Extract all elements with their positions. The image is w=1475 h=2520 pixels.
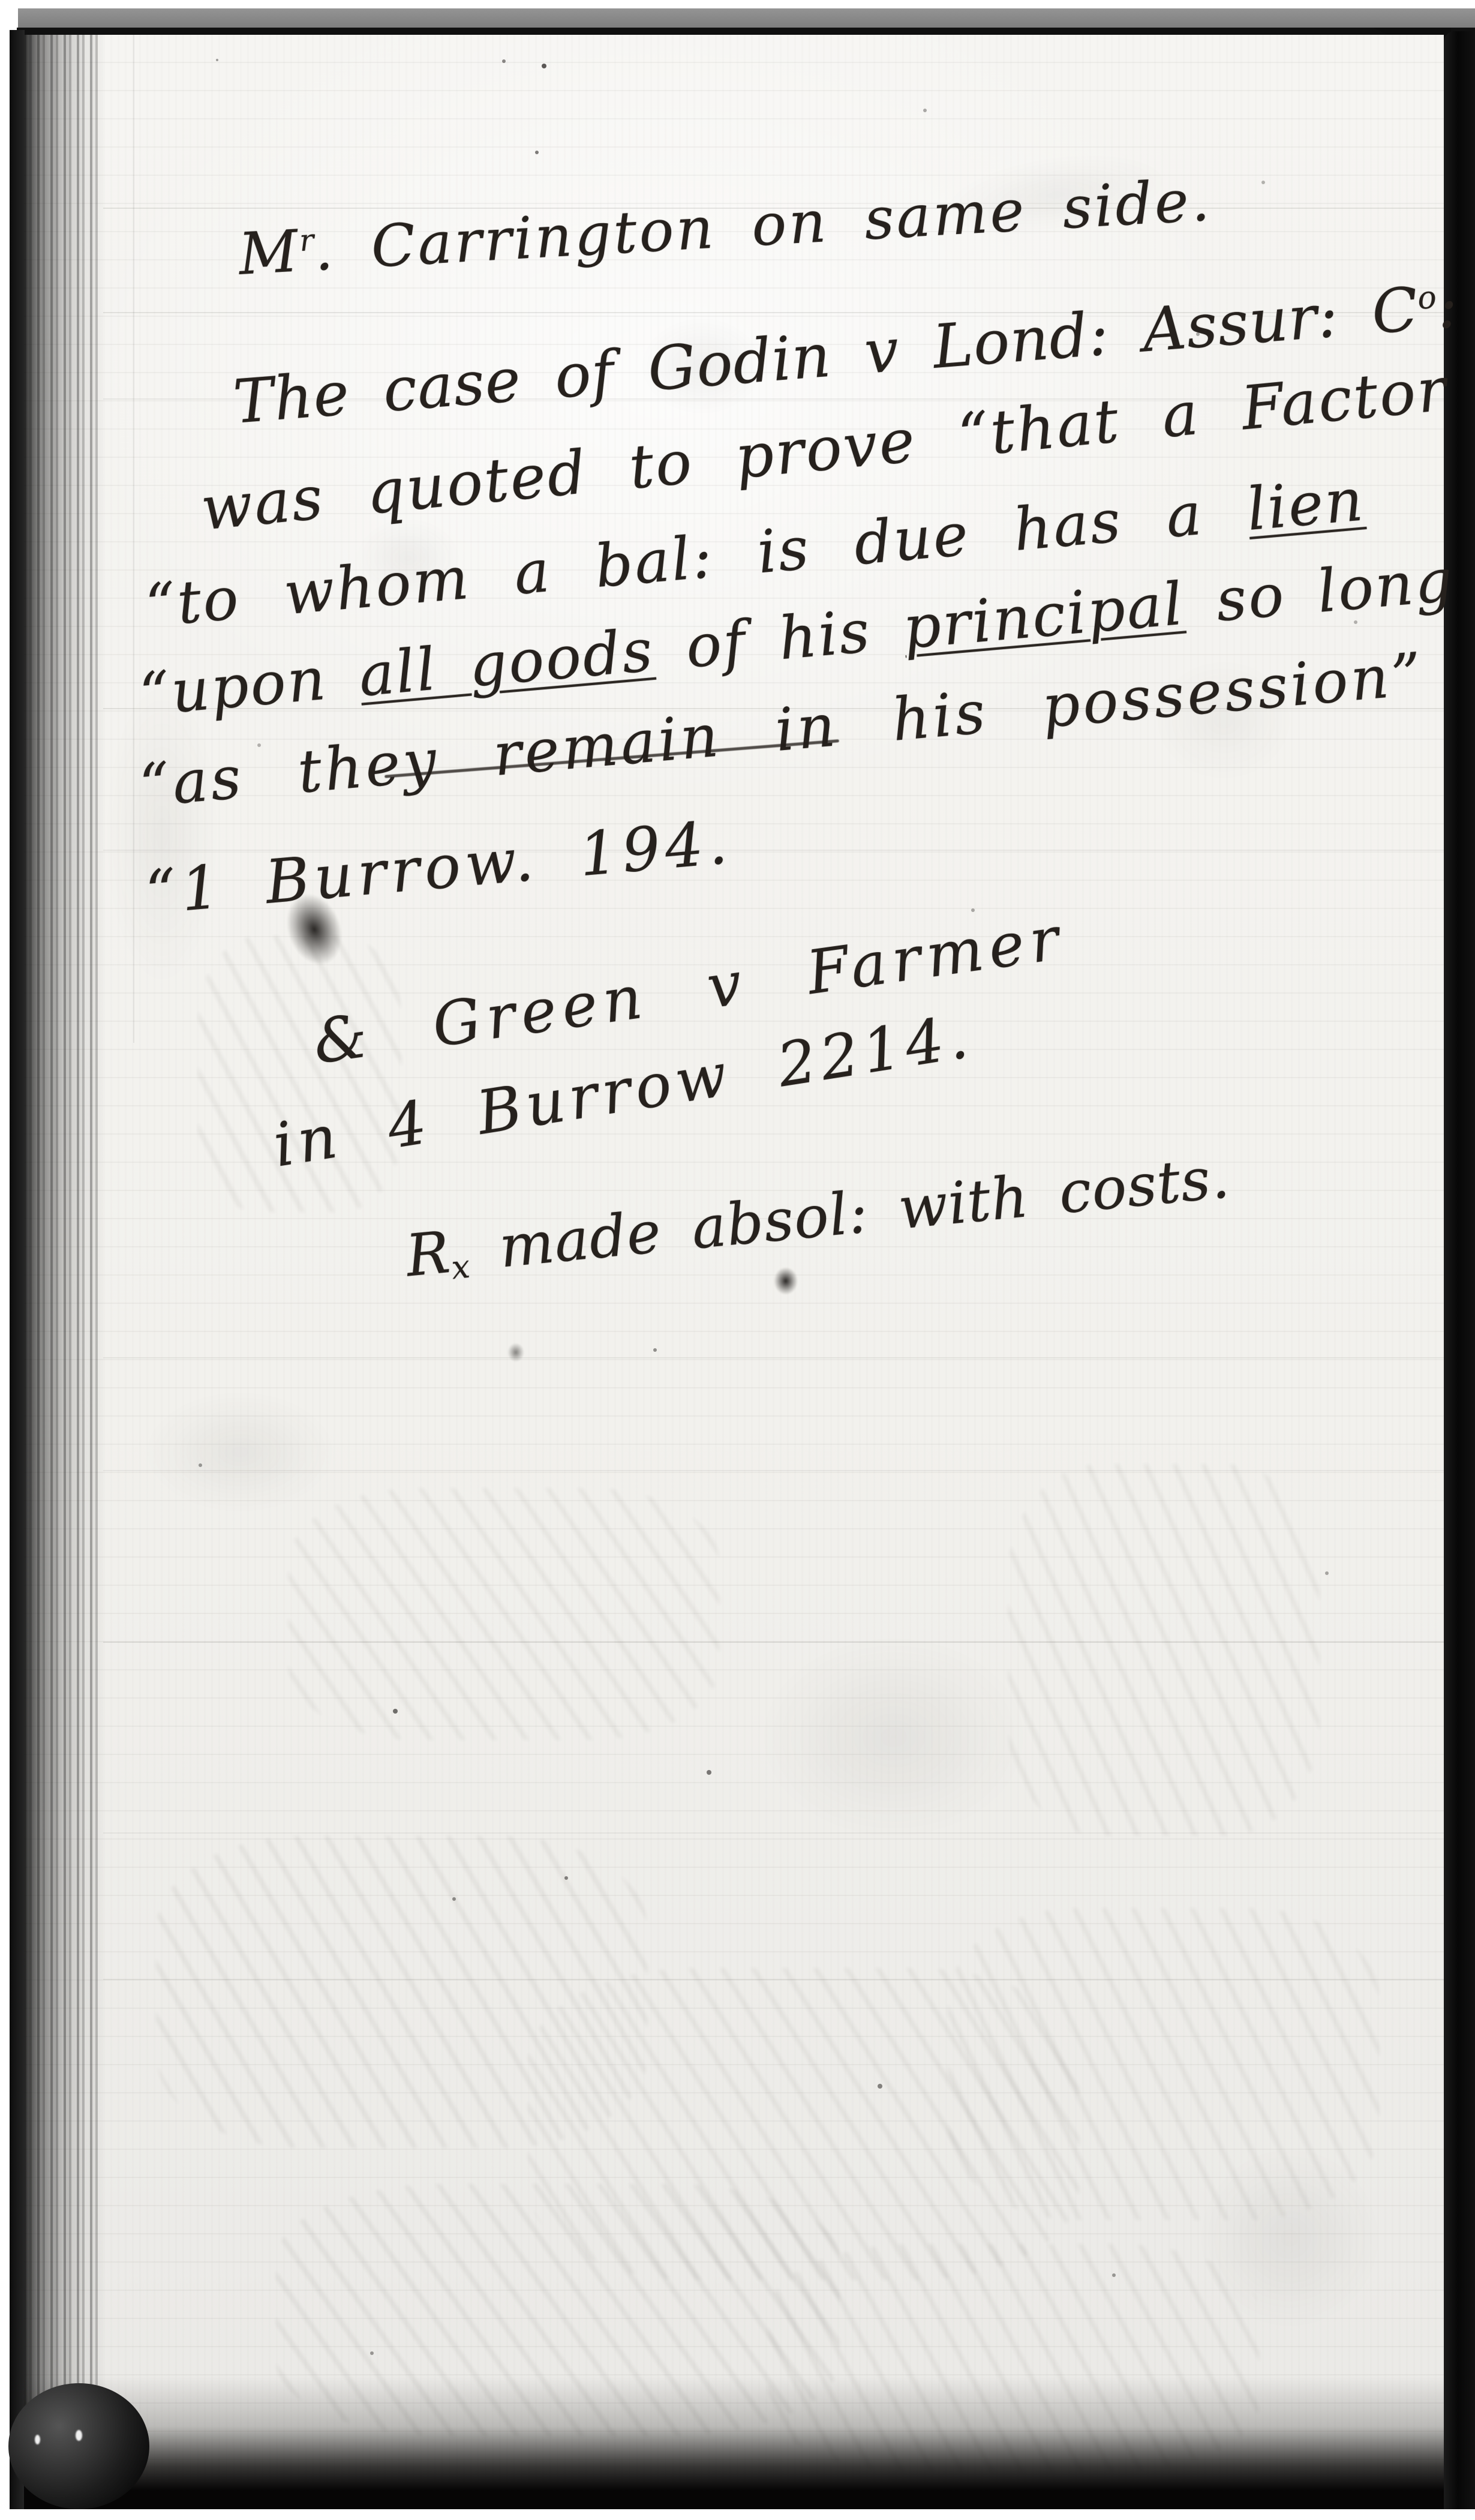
bleedthrough-smudge — [288, 1488, 720, 1740]
ink-specks — [0, 0, 2, 2]
binding-gutter — [24, 35, 103, 2509]
bleedthrough-smudge — [1008, 1464, 1320, 1836]
ruled-line — [103, 1357, 1444, 1358]
book-clasp-knob — [8, 2383, 149, 2509]
knob-glint — [35, 2435, 40, 2444]
text-segment: x — [450, 1247, 472, 1287]
scan-top-band — [18, 8, 1475, 28]
text-segment: M — [237, 217, 302, 288]
bleedthrough-smudge — [1164, 2112, 1416, 2364]
ink-blot — [774, 1267, 798, 1295]
text-segment: r — [299, 223, 315, 258]
text-segment-underlined: lien — [1244, 466, 1367, 544]
ink-blot — [507, 1343, 524, 1362]
scan-bottom-shadow — [24, 2376, 1444, 2509]
knob-glint — [76, 2430, 82, 2441]
text-segment: R — [403, 1219, 453, 1290]
scanned-manuscript-page: Mr. Carrington on same side. The case of… — [0, 0, 1475, 2520]
page-edge-left — [10, 30, 25, 2509]
